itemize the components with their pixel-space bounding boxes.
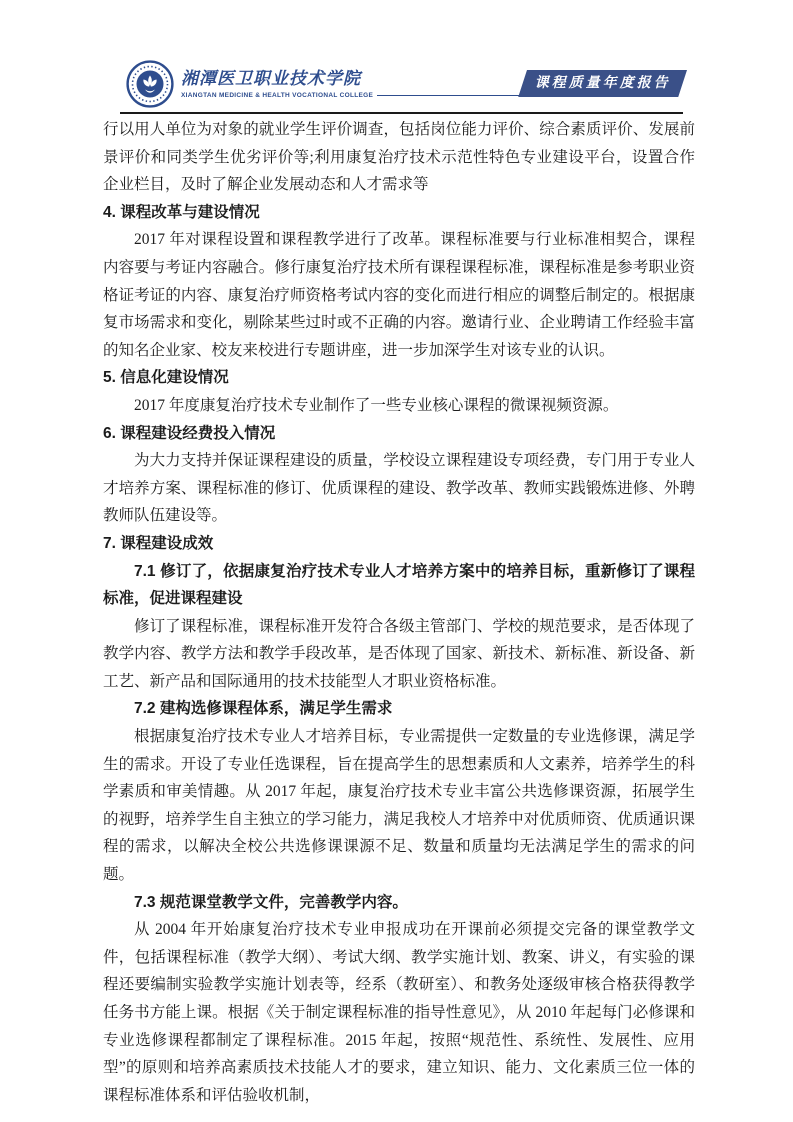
section-7-heading: 7. 课程建设成效	[103, 530, 695, 558]
section-4-heading: 4. 课程改革与建设情况	[103, 199, 695, 227]
section-7-2-heading: 7.2 建构选修课程体系，满足学生需求	[103, 695, 695, 723]
section-6-heading: 6. 课程建设经费投入情况	[103, 420, 695, 448]
header-divider	[120, 112, 683, 114]
section-7-1-heading: 7.1 修订了，依据康复治疗技术专业人才培养方案中的培养目标，重新修订了课程标准…	[103, 558, 695, 613]
section-7-2-paragraph: 根据康复治疗技术专业人才培养目标，专业需提供一定数量的专业选修课，满足学生的需求…	[103, 723, 695, 889]
college-logo: 湘潭医卫职业技术学院 XIANGTAN MEDICINE & HEALTH VO…	[126, 60, 528, 108]
document-page: 湘潭医卫职业技术学院 XIANGTAN MEDICINE & HEALTH VO…	[0, 0, 793, 1122]
document-body: 行以用人单位为对象的就业学生评价调查，包括岗位能力评价、综合素质评价、发展前景评…	[103, 116, 695, 1109]
section-4-paragraph: 2017 年对课程设置和课程教学进行了改革。课程标准要与行业标准相契合，课程内容…	[103, 226, 695, 364]
report-title-banner: 课程质量年度报告	[518, 70, 687, 97]
section-7-1-paragraph: 修订了课程标准，课程标准开发符合各级主管部门、学校的规范要求，是否体现了教学内容…	[103, 613, 695, 696]
continuation-paragraph: 行以用人单位为对象的就业学生评价调查，包括岗位能力评价、综合素质评价、发展前景评…	[103, 116, 695, 199]
college-name-zh: 湘潭医卫职业技术学院	[181, 69, 528, 89]
college-emblem-icon	[126, 60, 174, 108]
section-5-heading: 5. 信息化建设情况	[103, 364, 695, 392]
section-6-paragraph: 为大力支持并保证课程建设的质量，学校设立课程建设专项经费，专门用于专业人才培养方…	[103, 447, 695, 530]
section-5-paragraph: 2017 年度康复治疗技术专业制作了一些专业核心课程的微课视频资源。	[103, 392, 695, 420]
report-title-label: 课程质量年度报告	[523, 70, 683, 97]
college-name-en: XIANGTAN MEDICINE & HEALTH VOCATIONAL CO…	[181, 92, 373, 99]
header-connector-line	[377, 95, 528, 96]
section-7-3-paragraph: 从 2004 年开始康复治疗技术专业申报成功在开课前必须提交完备的课堂教学文件，…	[103, 916, 695, 1109]
college-name-en-row: XIANGTAN MEDICINE & HEALTH VOCATIONAL CO…	[181, 92, 528, 99]
college-name-block: 湘潭医卫职业技术学院 XIANGTAN MEDICINE & HEALTH VO…	[181, 69, 528, 99]
section-7-3-heading: 7.3 规范课堂教学文件，完善教学内容。	[103, 889, 695, 917]
